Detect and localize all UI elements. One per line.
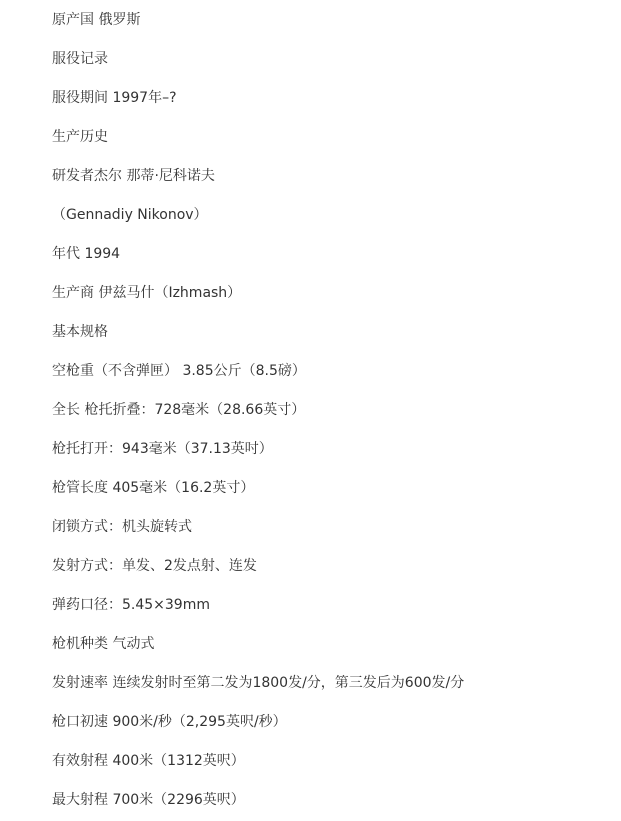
section-production-history: 生产历史 [52,125,611,164]
designer: 研发者杰尔 那蒂·尼科诺夫 [52,164,611,203]
rate-of-fire: 发射速率 连续发射时至第二发为1800发/分，第三发后为600发/分 [52,671,611,710]
design-year: 年代 1994 [52,242,611,281]
effective-range: 有效射程 400米（1312英呎） [52,749,611,788]
empty-weight: 空枪重（不含弹匣） 3.85公斤（8.5磅） [52,359,611,398]
section-service-history: 服役记录 [52,47,611,86]
spec-list: 原产国 俄罗斯 服役记录 服役期间 1997年–? 生产历史 研发者杰尔 那蒂·… [52,8,611,821]
length-stock-folded: 全长 枪托折叠：728毫米（28.66英寸） [52,398,611,437]
cartridge-caliber: 弹药口径：5.45×39mm [52,593,611,632]
muzzle-velocity: 枪口初速 900米/秒（2,295英呎/秒） [52,710,611,749]
section-specifications: 基本规格 [52,320,611,359]
barrel-length: 枪管长度 405毫米（16.2英寸） [52,476,611,515]
action-type: 枪机种类 气动式 [52,632,611,671]
manufacturer: 生产商 伊兹马什（Izhmash） [52,281,611,320]
firing-modes: 发射方式：单发、2发点射、连发 [52,554,611,593]
designer-latin-name: （Gennadiy Nikonov） [52,203,611,242]
service-period: 服役期间 1997年–? [52,86,611,125]
locking-mechanism: 闭锁方式：机头旋转式 [52,515,611,554]
origin-country: 原产国 俄罗斯 [52,8,611,47]
length-stock-extended: 枪托打开：943毫米（37.13英吋） [52,437,611,476]
maximum-range: 最大射程 700米（2296英呎） [52,788,611,821]
